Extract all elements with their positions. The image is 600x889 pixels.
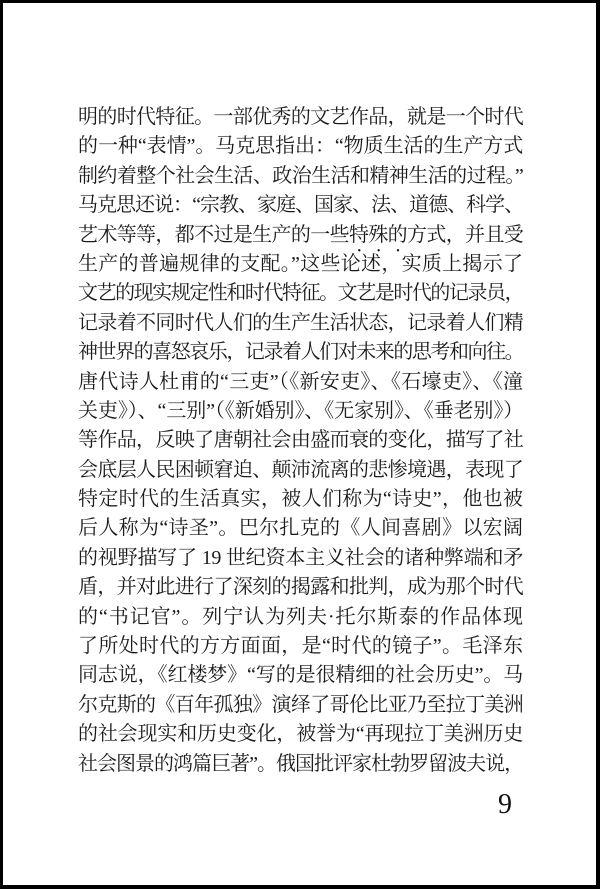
text-line: 的一种“表情”。马克思指出：“物质生活的生产方式 <box>78 132 523 161</box>
text-segment: 的社会现实和历史变化，被誉为“再现拉丁美洲历史 <box>78 723 523 745</box>
text-segment: 等作品，反映了唐朝社会由盛而衰的变化，描写了社 <box>78 429 523 451</box>
text-segment: 明的时代特征。一部优秀的文艺作品，就是一个时代 <box>78 106 523 128</box>
emphasized-text: 特殊的 <box>349 224 407 246</box>
text-line: 盾，并对此进行了深刻的揭露和批判，成为那个时代 <box>78 573 523 602</box>
text-segment: 同志说，《红楼梦》“写的是很精细的社会历史”。马 <box>78 664 523 686</box>
text-line: 记录着不同时代人们的生产生活状态，记录着人们精 <box>78 309 523 338</box>
text-line: 艺术等等，都不过是生产的一些特殊的方式，并且受 <box>78 221 523 250</box>
text-segment: 的视野描写了 19 世纪资本主义社会的诸种弊端和矛 <box>78 547 523 569</box>
text-segment: 记录着不同时代人们的生产生活状态，记录着人们精 <box>78 312 523 334</box>
text-line: 唐代诗人杜甫的“三吏”（《新安吏》、《石壕吏》、《潼 <box>78 368 523 397</box>
text-line: 同志说，《红楼梦》“写的是很精细的社会历史”。马 <box>78 661 523 690</box>
text-line: 生产的普遍规律的支配。”这些论述，实质上揭示了 <box>78 250 523 279</box>
text-segment: 制约着整个社会生活、政治生活和精神生活的过程。” <box>78 165 523 187</box>
text-line: 神世界的喜怒哀乐，记录着人们对未来的思考和向往。 <box>78 338 523 367</box>
text-segment: 唐代诗人杜甫的“三吏”（《新安吏》、《石壕吏》、《潼 <box>78 371 523 393</box>
text-line: 等作品，反映了唐朝社会由盛而衰的变化，描写了社 <box>78 426 523 455</box>
text-line: 的社会现实和历史变化，被誉为“再现拉丁美洲历史 <box>78 720 523 749</box>
text-segment: 盾，并对此进行了深刻的揭露和批判，成为那个时代 <box>78 576 523 598</box>
text-segment: 关吏》）、“三别”（《新婚别》、《无家别》、《垂老别》） <box>78 400 523 422</box>
text-segment: 社会图景的鸿篇巨著”。俄国批评家杜勃罗留波夫说， <box>78 753 523 775</box>
text-segment: 艺术等等，都不过是生产的一些 <box>78 224 349 246</box>
text-line: 了所处时代的方方面面，是“时代的镜子”。毛泽东 <box>78 632 523 661</box>
text-segment: 的“书记官”。列宁认为列夫·托尔斯泰的作品体现 <box>78 606 523 628</box>
text-segment: 方式，并且受 <box>407 224 523 246</box>
text-segment: 会底层人民困顿窘迫、颠沛流离的悲惨境遇，表现了 <box>78 459 523 481</box>
text-segment: 了所处时代的方方面面，是“时代的镜子”。毛泽东 <box>78 635 523 657</box>
text-segment: 的一种“表情”。马克思指出：“物质生活的生产方式 <box>78 135 523 157</box>
text-line: 关吏》）、“三别”（《新婚别》、《无家别》、《垂老别》） <box>78 397 523 426</box>
page-number: 9 <box>498 791 512 819</box>
text-segment: 文艺的现实规定性和时代特征。文艺是时代的记录员， <box>78 282 523 304</box>
text-line: 后人称为“诗圣”。巴尔扎克的《人间喜剧》以宏阔 <box>78 514 523 543</box>
text-segment: 特定时代的生活真实，被人们称为“诗史”，他也被 <box>78 488 523 510</box>
text-line: 的视野描写了 19 世纪资本主义社会的诸种弊端和矛 <box>78 544 523 573</box>
text-line: 社会图景的鸿篇巨著”。俄国批评家杜勃罗留波夫说， <box>78 750 523 779</box>
text-segment: 生产的普遍规律的支配。”这些论述，实质上揭示了 <box>78 253 523 275</box>
text-line: 尔克斯的《百年孤独》演绎了哥伦比亚乃至拉丁美洲 <box>78 691 523 720</box>
text-line: 制约着整个社会生活、政治生活和精神生活的过程。” <box>78 162 523 191</box>
text-line: 明的时代特征。一部优秀的文艺作品，就是一个时代 <box>78 103 523 132</box>
text-line: 特定时代的生活真实，被人们称为“诗史”，他也被 <box>78 485 523 514</box>
text-segment: 后人称为“诗圣”。巴尔扎克的《人间喜剧》以宏阔 <box>78 517 523 539</box>
text-segment: 尔克斯的《百年孤独》演绎了哥伦比亚乃至拉丁美洲 <box>78 694 523 716</box>
text-segment: 神世界的喜怒哀乐，记录着人们对未来的思考和向往。 <box>78 341 523 363</box>
text-line: 会底层人民困顿窘迫、颠沛流离的悲惨境遇，表现了 <box>78 456 523 485</box>
text-lines: 明的时代特征。一部优秀的文艺作品，就是一个时代的一种“表情”。马克思指出：“物质… <box>78 103 523 779</box>
text-line: 马克思还说：“宗教、家庭、国家、法、道德、科学、 <box>78 191 523 220</box>
text-segment: 马克思还说：“宗教、家庭、国家、法、道德、科学、 <box>78 194 523 216</box>
page-text-block: 明的时代特征。一部优秀的文艺作品，就是一个时代的一种“表情”。马克思指出：“物质… <box>78 103 523 779</box>
text-line: 的“书记官”。列宁认为列夫·托尔斯泰的作品体现 <box>78 603 523 632</box>
text-line: 文艺的现实规定性和时代特征。文艺是时代的记录员， <box>78 279 523 308</box>
